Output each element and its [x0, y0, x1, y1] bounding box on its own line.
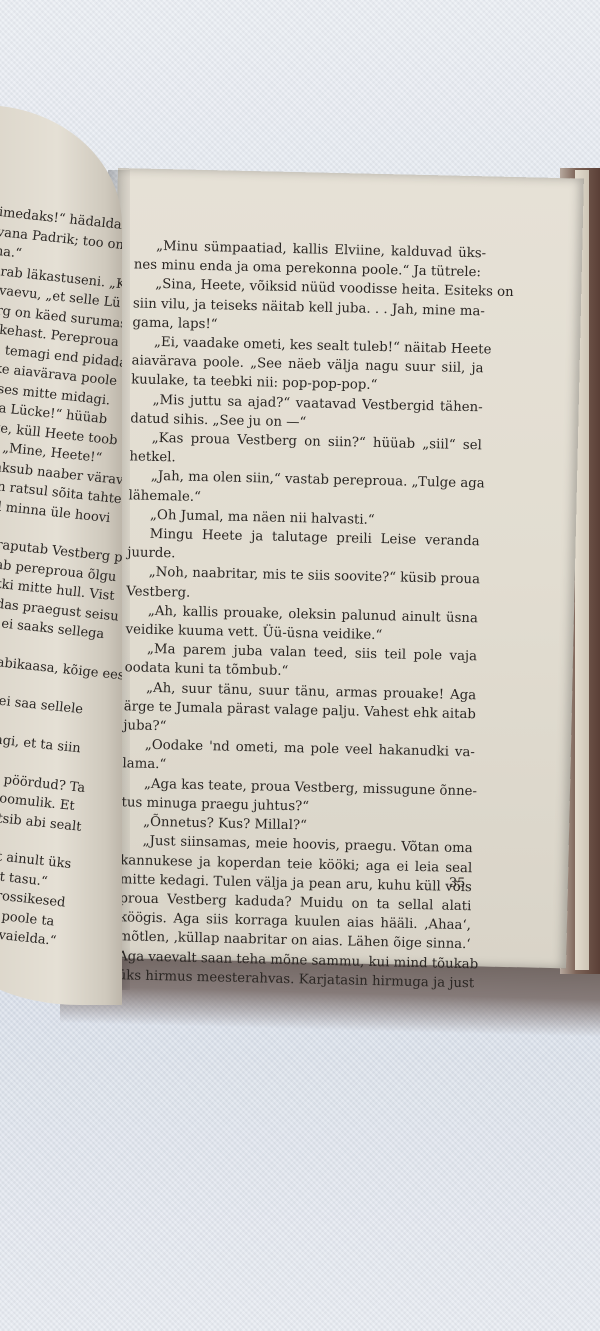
left-page-text: imedaks!“ hädaldab vana Padrik; too onna…	[0, 203, 122, 955]
right-page: „Minu sümpaatiad, kallis Elviine, kalduv…	[100, 168, 584, 968]
right-page-text: „Minu sümpaatiad, kallis Elviine, kalduv…	[117, 236, 486, 993]
page-number: 35	[449, 876, 466, 891]
left-page: imedaks!“ hädaldab vana Padrik; too onna…	[0, 105, 122, 1005]
